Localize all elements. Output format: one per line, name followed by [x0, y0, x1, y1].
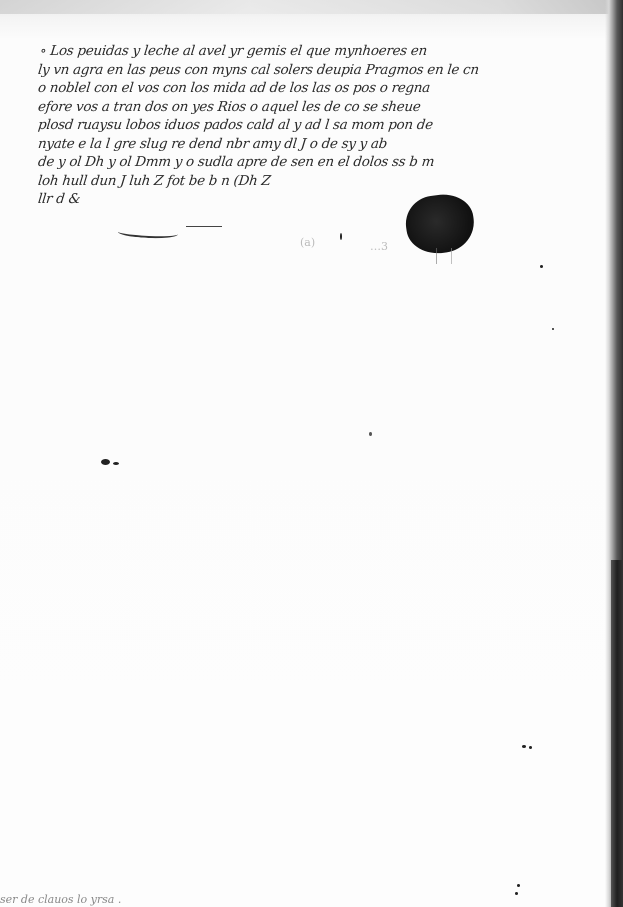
ink-speck — [552, 328, 554, 330]
manuscript-line: o noblel con el vos con los mida ad de l… — [37, 79, 599, 98]
seal-ribbon-trace — [436, 248, 452, 264]
ink-speck — [517, 884, 520, 887]
bottom-edge-text: ser de clauos lo yrsa . — [0, 893, 121, 906]
manuscript-line: ly vn agra en las peus con myns cal sole… — [37, 61, 599, 80]
handwritten-text-block: ∘ Los peuidas y leche al avel yr gemis e… — [38, 42, 598, 209]
manuscript-line: nyate e la l gre slug re dend nbr amy dl… — [37, 135, 599, 154]
top-page-edge — [0, 0, 623, 14]
ink-speck — [522, 745, 526, 748]
manuscript-line: plosd ruaysu lobos iduos pados cald al y… — [37, 116, 599, 135]
ink-speck — [369, 432, 372, 436]
ink-speck — [340, 233, 342, 240]
ink-blot — [113, 462, 119, 465]
signature-dash — [186, 226, 222, 227]
faint-marginal-mark: …3 — [370, 240, 388, 253]
ink-speck — [540, 265, 543, 268]
manuscript-line: loh hull dun J luh Z fot be b n (Dh Z — [37, 172, 599, 191]
ink-speck — [529, 746, 532, 749]
page-binding-shadow — [611, 560, 623, 907]
ink-speck — [515, 892, 518, 895]
manuscript-line: ∘ Los peuidas y leche al avel yr gemis e… — [39, 42, 599, 61]
ink-blot — [101, 459, 110, 465]
signature-flourish — [118, 226, 179, 240]
manuscript-line: de y ol Dh y ol Dmm y o sudla apre de se… — [37, 153, 599, 172]
manuscript-page: ∘ Los peuidas y leche al avel yr gemis e… — [0, 0, 623, 907]
manuscript-line: llr d & — [37, 190, 599, 209]
faint-marginal-mark: (a) — [300, 236, 315, 249]
manuscript-line: efore vos a tran dos on yes Rios o aquel… — [37, 98, 599, 117]
